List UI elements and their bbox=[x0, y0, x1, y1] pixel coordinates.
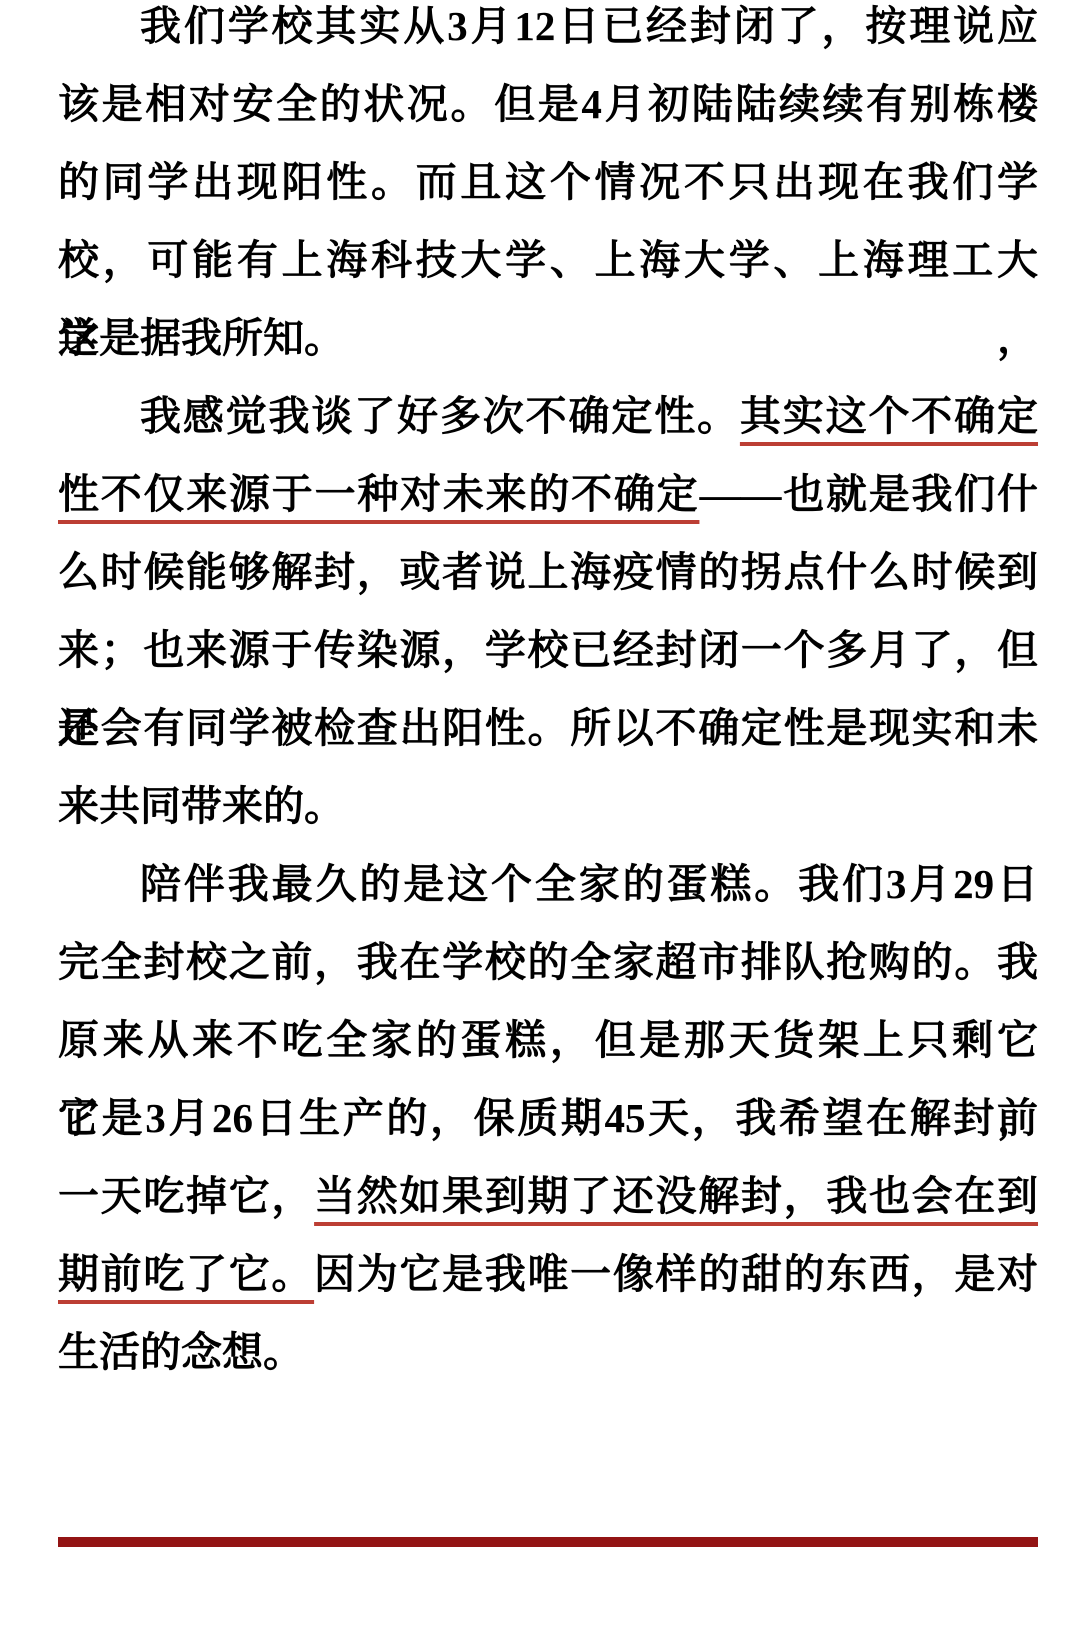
text-segment: 它是3月26日生产的，保质期45天，我希望在解封前 bbox=[58, 1095, 1038, 1141]
text-line: 性不仅来源于一种对未来的不确定——也就是我们什 bbox=[58, 455, 1038, 533]
text-line: 完全封校之前，我在学校的全家超市排队抢购的。我 bbox=[58, 923, 1038, 1001]
text-line: 生活的念想。 bbox=[58, 1313, 1038, 1391]
text-segment: 生活的念想。 bbox=[58, 1329, 304, 1375]
text-segment: 这是据我所知。 bbox=[58, 315, 345, 361]
text-line: 原来从来不吃全家的蛋糕，但是那天货架上只剩它了， bbox=[58, 1001, 1038, 1079]
text-line: 的同学出现阳性。而且这个情况不只出现在我们学 bbox=[58, 143, 1038, 221]
bottom-divider-rule bbox=[58, 1537, 1038, 1547]
text-line: 一天吃掉它，当然如果到期了还没解封，我也会在到 bbox=[58, 1157, 1038, 1235]
text-segment: 该是相对安全的状况。但是4月初陆陆续续有别栋楼 bbox=[58, 81, 1038, 127]
text-segment: 么时候能够解封，或者说上海疫情的拐点什么时候到 bbox=[58, 549, 1038, 595]
text-segment: ——也就是我们什 bbox=[699, 471, 1038, 517]
text-line: 是会有同学被检查出阳性。所以不确定性是现实和未 bbox=[58, 689, 1038, 767]
text-segment: 完全封校之前，我在学校的全家超市排队抢购的。我 bbox=[58, 939, 1038, 985]
underlined-text-segment: 其实这个不确定 bbox=[740, 393, 1038, 439]
text-segment: 来共同带来的。 bbox=[58, 783, 345, 829]
text-segment: 我们学校其实从3月12日已经封闭了，按理说应 bbox=[140, 3, 1038, 49]
paragraph: 我感觉我谈了好多次不确定性。其实这个不确定性不仅来源于一种对未来的不确定——也就… bbox=[58, 377, 1038, 845]
underlined-text-segment: 期前吃了它。 bbox=[58, 1251, 314, 1297]
text-line: 它是3月26日生产的，保质期45天，我希望在解封前 bbox=[58, 1079, 1038, 1157]
text-line: 期前吃了它。因为它是我唯一像样的甜的东西，是对 bbox=[58, 1235, 1038, 1313]
text-segment: 一天吃掉它， bbox=[58, 1173, 314, 1219]
text-segment: 陪伴我最久的是这个全家的蛋糕。我们3月29日 bbox=[140, 861, 1038, 907]
paragraph: 陪伴我最久的是这个全家的蛋糕。我们3月29日完全封校之前，我在学校的全家超市排队… bbox=[58, 845, 1038, 1391]
text-line: 该是相对安全的状况。但是4月初陆陆续续有别栋楼 bbox=[58, 65, 1038, 143]
text-segment: 是会有同学被检查出阳性。所以不确定性是现实和未 bbox=[58, 705, 1038, 751]
text-segment: 的同学出现阳性。而且这个情况不只出现在我们学 bbox=[58, 159, 1038, 205]
article-page: 我们学校其实从3月12日已经封闭了，按理说应该是相对安全的状况。但是4月初陆陆续… bbox=[0, 0, 1080, 1638]
article-text-block: 我们学校其实从3月12日已经封闭了，按理说应该是相对安全的状况。但是4月初陆陆续… bbox=[58, 0, 1038, 1391]
text-line: 来共同带来的。 bbox=[58, 767, 1038, 845]
text-segment: 因为它是我唯一像样的甜的东西，是对 bbox=[314, 1251, 1038, 1297]
underlined-text-segment: 当然如果到期了还没解封，我也会在到 bbox=[314, 1173, 1038, 1219]
text-line: 我感觉我谈了好多次不确定性。其实这个不确定 bbox=[58, 377, 1038, 455]
text-line: 么时候能够解封，或者说上海疫情的拐点什么时候到 bbox=[58, 533, 1038, 611]
text-line: 来；也来源于传染源，学校已经封闭一个多月了，但还 bbox=[58, 611, 1038, 689]
paragraph: 我们学校其实从3月12日已经封闭了，按理说应该是相对安全的状况。但是4月初陆陆续… bbox=[58, 0, 1038, 377]
text-line: 陪伴我最久的是这个全家的蛋糕。我们3月29日 bbox=[58, 845, 1038, 923]
text-line: 我们学校其实从3月12日已经封闭了，按理说应 bbox=[58, 0, 1038, 65]
text-line: 校，可能有上海科技大学、上海大学、上海理工大学， bbox=[58, 221, 1038, 299]
text-segment: 我感觉我谈了好多次不确定性。 bbox=[140, 393, 740, 439]
underlined-text-segment: 性不仅来源于一种对未来的不确定 bbox=[58, 471, 699, 517]
